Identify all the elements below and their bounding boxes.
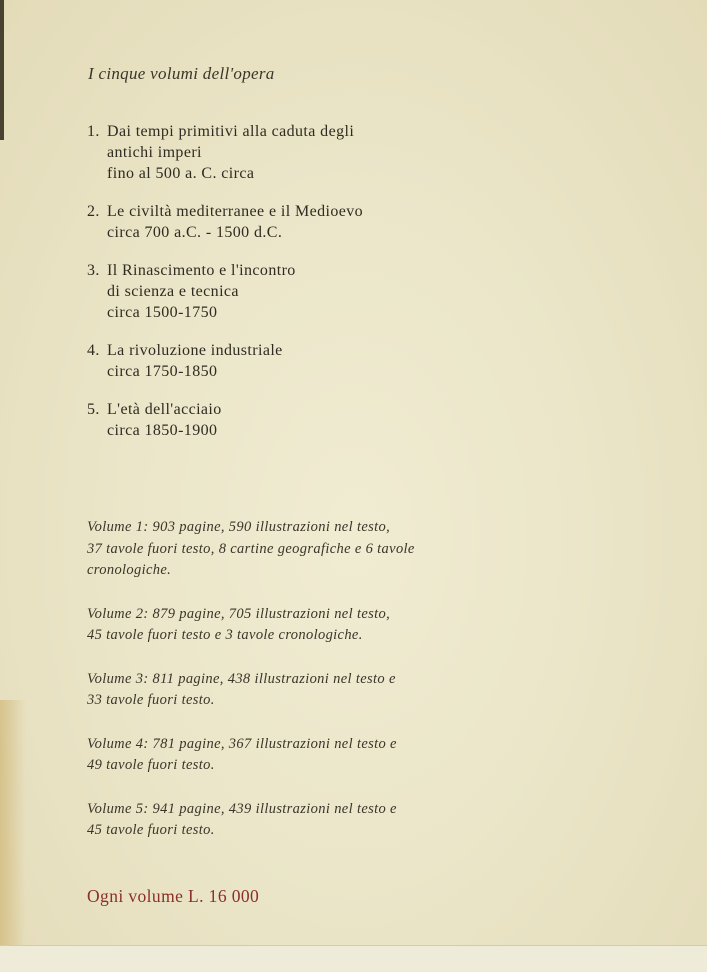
volume-detail-2: Volume 2: 879 pagine, 705 illustrazioni … — [87, 604, 457, 647]
volume-number: 5. — [87, 399, 107, 441]
volume-title-line: L'età dell'acciaio — [107, 399, 222, 420]
volume-title-line: Dai tempi primitivi alla caduta degli — [107, 121, 354, 142]
detail-line: cronologiche. — [87, 560, 457, 582]
volume-list: 1. Dai tempi primitivi alla caduta degli… — [87, 121, 447, 458]
detail-line: Volume 2: 879 pagine, 705 illustrazioni … — [87, 604, 457, 626]
volume-title-line: Le civiltà mediterranee e il Medioevo — [107, 201, 363, 222]
volume-title-line: Il Rinascimento e l'incontro — [107, 260, 296, 281]
page-edge-shadow — [0, 0, 4, 140]
paper-stain — [0, 700, 26, 960]
volume-number: 4. — [87, 340, 107, 382]
volume-title-line: La rivoluzione industriale — [107, 340, 283, 361]
volume-entry-1: 1. Dai tempi primitivi alla caduta degli… — [87, 121, 447, 184]
detail-line: 37 tavole fuori testo, 8 cartine geograf… — [87, 539, 457, 561]
volume-number: 1. — [87, 121, 107, 184]
volume-period: fino al 500 a. C. circa — [107, 163, 354, 184]
detail-line: Volume 3: 811 pagine, 438 illustrazioni … — [87, 669, 457, 691]
detail-line: 49 tavole fuori testo. — [87, 755, 457, 777]
volume-detail-5: Volume 5: 941 pagine, 439 illustrazioni … — [87, 799, 457, 842]
volume-detail-3: Volume 3: 811 pagine, 438 illustrazioni … — [87, 669, 457, 712]
detail-line: Volume 5: 941 pagine, 439 illustrazioni … — [87, 799, 457, 821]
volume-number: 3. — [87, 260, 107, 323]
price-line: Ogni volume L. 16 000 — [87, 886, 259, 907]
volume-entry-3: 3. Il Rinascimento e l'incontro di scien… — [87, 260, 447, 323]
detail-line: Volume 4: 781 pagine, 367 illustrazioni … — [87, 734, 457, 756]
volume-period: circa 700 a.C. - 1500 d.C. — [107, 222, 363, 243]
volume-number: 2. — [87, 201, 107, 243]
volume-details: Volume 1: 903 pagine, 590 illustrazioni … — [87, 517, 457, 864]
detail-line: 33 tavole fuori testo. — [87, 690, 457, 712]
volume-detail-4: Volume 4: 781 pagine, 367 illustrazioni … — [87, 734, 457, 777]
volume-entry-4: 4. La rivoluzione industriale circa 1750… — [87, 340, 447, 382]
page-heading: I cinque volumi dell'opera — [88, 64, 275, 84]
volume-period: circa 1850-1900 — [107, 420, 222, 441]
volume-period: circa 1750-1850 — [107, 361, 283, 382]
volume-title-line: antichi imperi — [107, 142, 354, 163]
volume-entry-5: 5. L'età dell'acciaio circa 1850-1900 — [87, 399, 447, 441]
volume-detail-1: Volume 1: 903 pagine, 590 illustrazioni … — [87, 517, 457, 582]
page-bottom-edge — [0, 945, 707, 972]
volume-title-line: di scienza e tecnica — [107, 281, 296, 302]
book-page: I cinque volumi dell'opera 1. Dai tempi … — [0, 0, 707, 972]
detail-line: Volume 1: 903 pagine, 590 illustrazioni … — [87, 517, 457, 539]
volume-period: circa 1500-1750 — [107, 302, 296, 323]
detail-line: 45 tavole fuori testo e 3 tavole cronolo… — [87, 625, 457, 647]
detail-line: 45 tavole fuori testo. — [87, 820, 457, 842]
volume-entry-2: 2. Le civiltà mediterranee e il Medioevo… — [87, 201, 447, 243]
